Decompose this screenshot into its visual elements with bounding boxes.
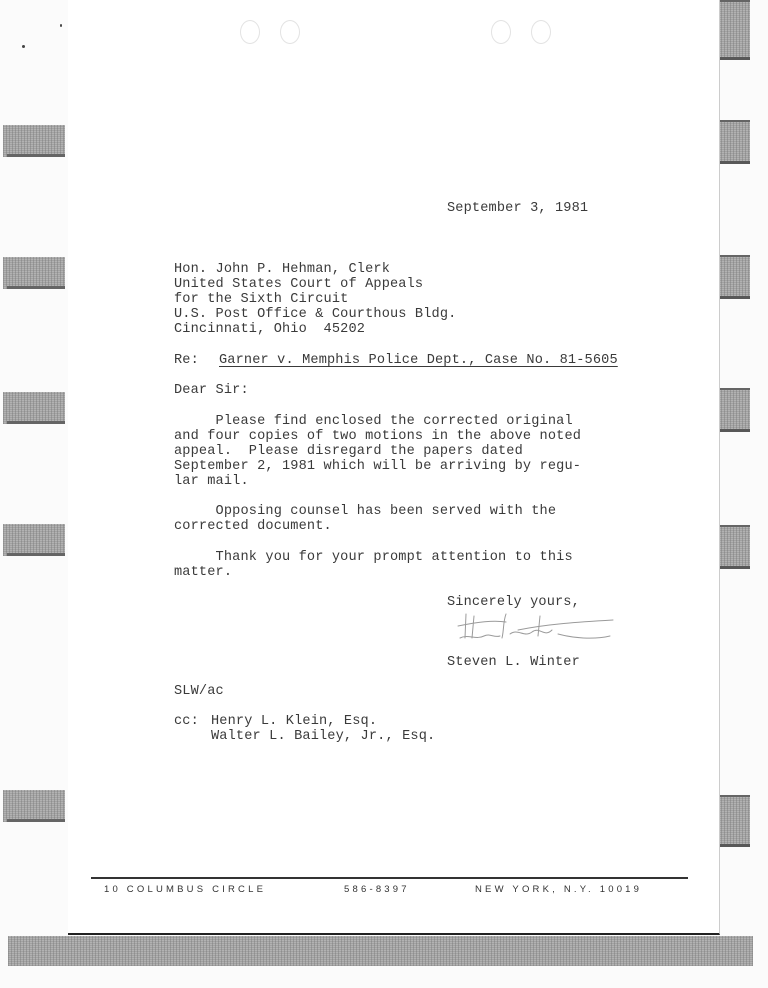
scan-artifact <box>3 524 65 556</box>
body-line: lar mail. <box>174 474 249 489</box>
punch-hole-mark <box>240 20 260 44</box>
scan-speck <box>22 45 25 48</box>
scan-artifact <box>3 125 65 157</box>
body-line: September 2, 1981 which will be arriving… <box>174 459 581 474</box>
cc-recipient: Henry L. Klein, Esq. <box>211 714 377 729</box>
scan-artifact <box>718 525 750 569</box>
body-line: and four copies of two motions in the ab… <box>174 429 581 444</box>
footer-phone: 586-8397 <box>344 884 410 895</box>
scan-artifact <box>3 790 65 822</box>
scan-artifact <box>718 0 750 60</box>
cc-recipient: Walter L. Bailey, Jr., Esq. <box>211 729 435 744</box>
case-title: Garner v. Memphis Police Dept., Case No.… <box>219 353 618 368</box>
punch-hole-mark <box>491 20 511 44</box>
body-line: appeal. Please disregard the papers date… <box>174 444 523 459</box>
body-line: corrected document. <box>174 519 332 534</box>
scan-speck <box>60 24 62 27</box>
recipient-line: for the Sixth Circuit <box>174 292 348 307</box>
punch-hole-mark <box>531 20 551 44</box>
scan-artifact <box>3 257 65 289</box>
typist-initials: SLW/ac <box>174 684 224 699</box>
body-line: Please find enclosed the corrected origi… <box>174 414 573 429</box>
salutation: Dear Sir: <box>174 383 249 398</box>
subject-label: Re: <box>174 353 199 368</box>
recipient-line: United States Court of Appeals <box>174 277 423 292</box>
recipient-line: U.S. Post Office & Courthous Bldg. <box>174 307 456 322</box>
body-line: Thank you for your prompt attention to t… <box>174 550 573 565</box>
footer-city: NEW YORK, N.Y. 10019 <box>475 884 642 895</box>
footer-address: 10 COLUMBUS CIRCLE <box>104 884 266 895</box>
recipient-line: Hon. John P. Hehman, Clerk <box>174 262 390 277</box>
footer-divider <box>91 877 688 879</box>
scan-artifact <box>3 392 65 424</box>
scan-artifact <box>718 120 750 164</box>
letter-date: September 3, 1981 <box>447 201 588 216</box>
body-line: matter. <box>174 565 232 580</box>
handwritten-signature-icon <box>448 608 618 648</box>
scan-artifact <box>718 795 750 847</box>
signer-name: Steven L. Winter <box>447 655 580 670</box>
cc-label: cc: <box>174 714 199 729</box>
scan-artifact <box>8 936 753 966</box>
scan-artifact <box>718 388 750 432</box>
body-line: Opposing counsel has been served with th… <box>174 504 556 519</box>
punch-hole-mark <box>280 20 300 44</box>
scan-artifact <box>718 255 750 299</box>
recipient-line: Cincinnati, Ohio 45202 <box>174 322 365 337</box>
